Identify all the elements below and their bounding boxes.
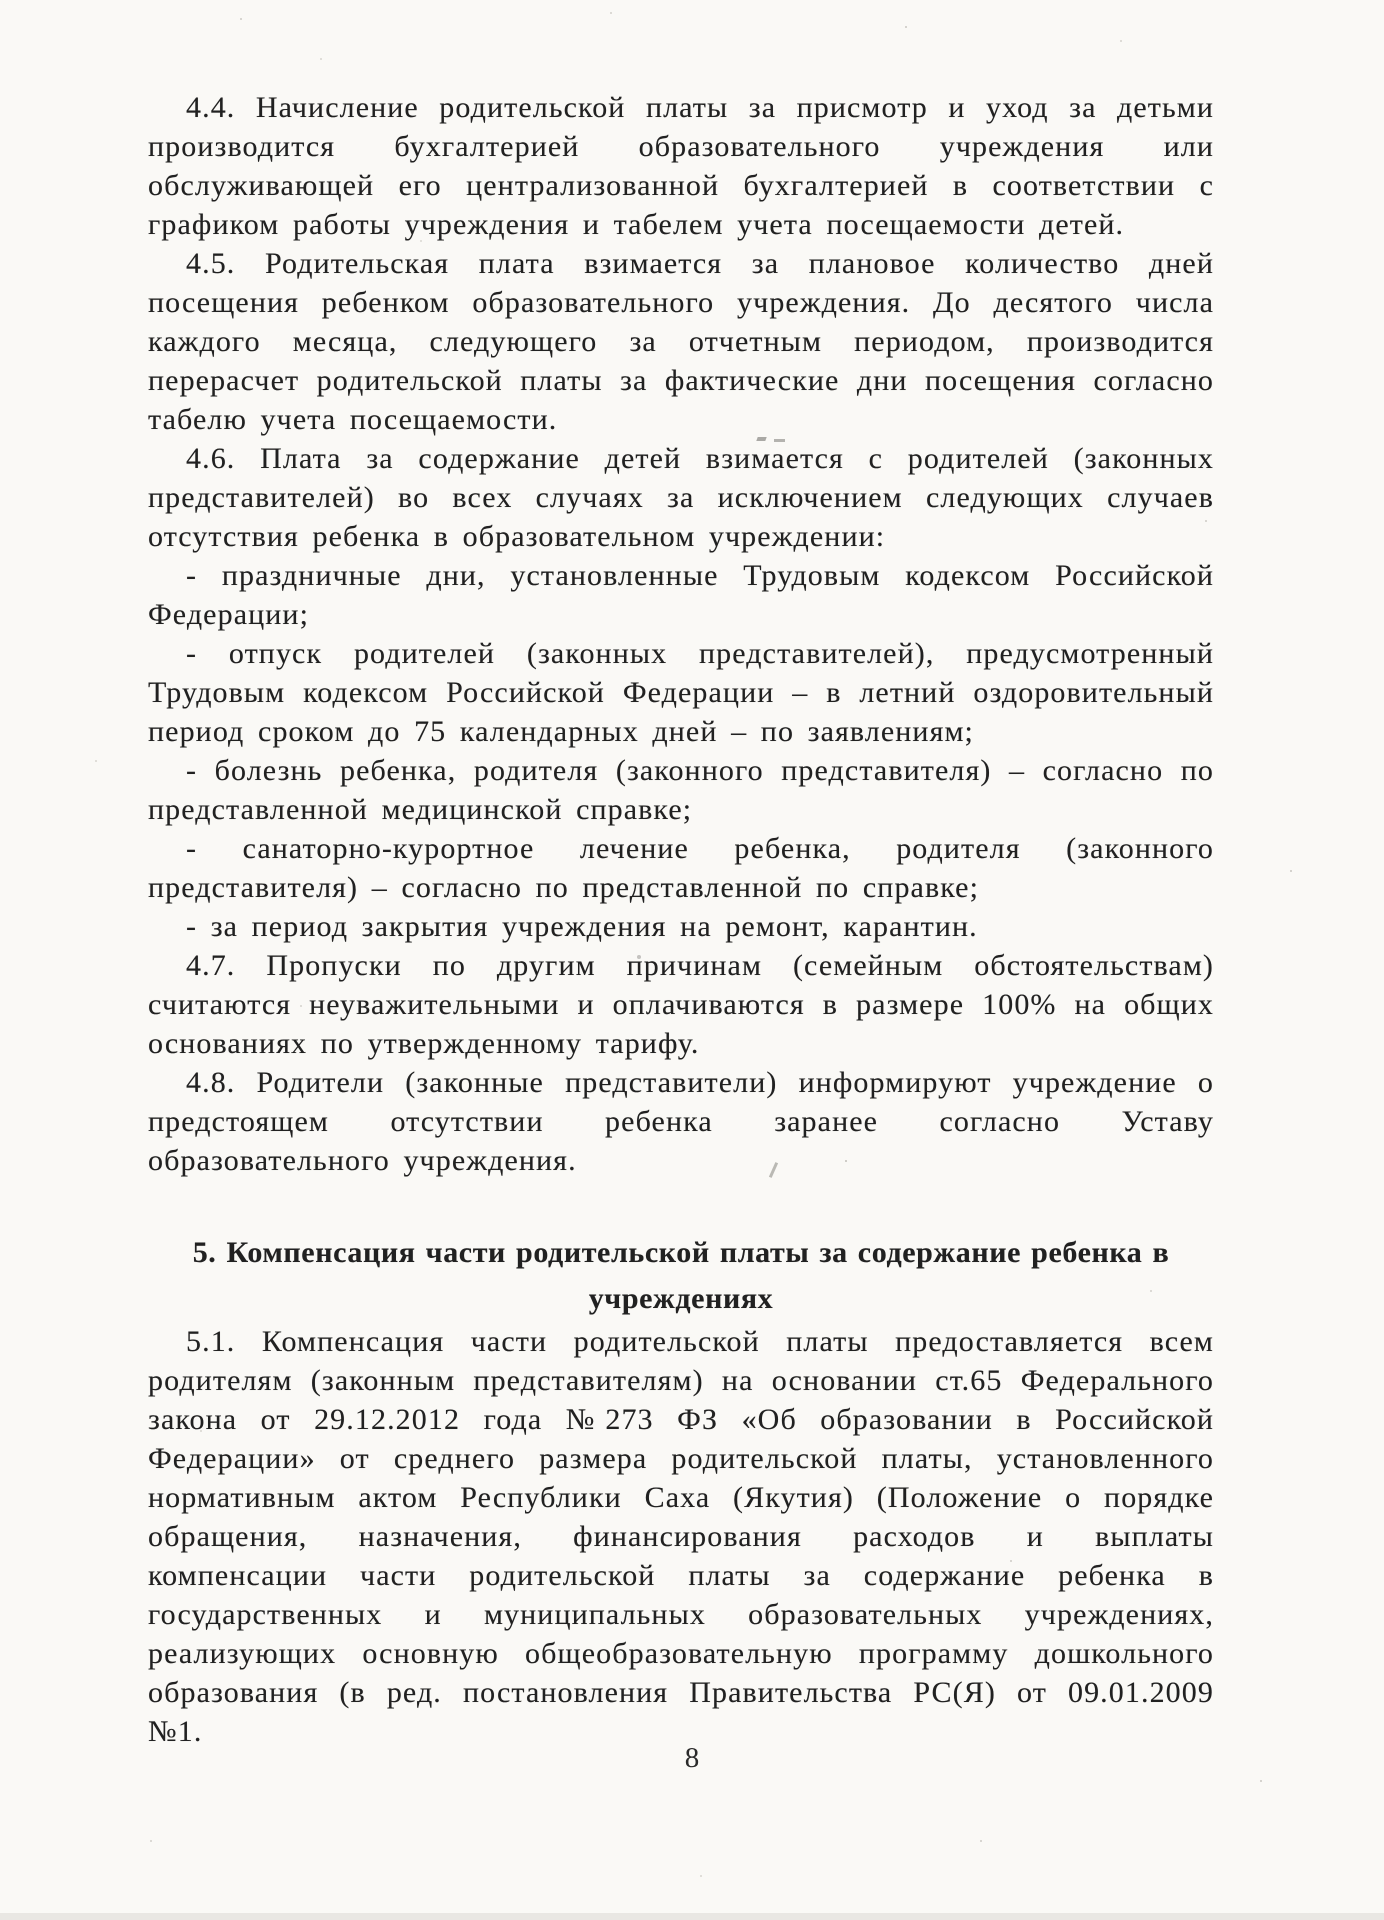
- scan-edge-shadow: [0, 1913, 1384, 1920]
- document-body: 4.4. Начисление родительской платы за пр…: [148, 88, 1214, 1751]
- scan-artifact: [756, 437, 766, 441]
- list-item-holidays: - праздничные дни, установленные Трудовы…: [148, 556, 1214, 634]
- clause-5-1: 5.1. Компенсация части родительской плат…: [148, 1322, 1214, 1751]
- clause-4-4: 4.4. Начисление родительской платы за пр…: [148, 88, 1214, 244]
- document-page: 4.4. Начисление родительской платы за пр…: [0, 0, 1384, 1920]
- list-item-parent-vacation: - отпуск родителей (законных представите…: [148, 634, 1214, 751]
- scan-artifact: [774, 439, 785, 442]
- page-number: 8: [0, 1742, 1384, 1775]
- clause-4-8: 4.8. Родители (законные представители) и…: [148, 1063, 1214, 1180]
- scan-artifact: [637, 955, 641, 959]
- list-item-closure: - за период закрытия учреждения на ремон…: [148, 907, 1214, 946]
- clause-4-7: 4.7. Пропуски по другим причинам (семейн…: [148, 946, 1214, 1063]
- clause-4-5: 4.5. Родительская плата взимается за пла…: [148, 244, 1214, 439]
- list-item-illness: - болезнь ребенка, родителя (законного п…: [148, 751, 1214, 829]
- scan-noise: [0, 0, 2, 2]
- section-5-heading: 5. Компенсация части родительской платы …: [148, 1230, 1214, 1322]
- list-item-sanatorium: - санаторно-курортное лечение ребенка, р…: [148, 829, 1214, 907]
- clause-4-6: 4.6. Плата за содержание детей взимается…: [148, 439, 1214, 556]
